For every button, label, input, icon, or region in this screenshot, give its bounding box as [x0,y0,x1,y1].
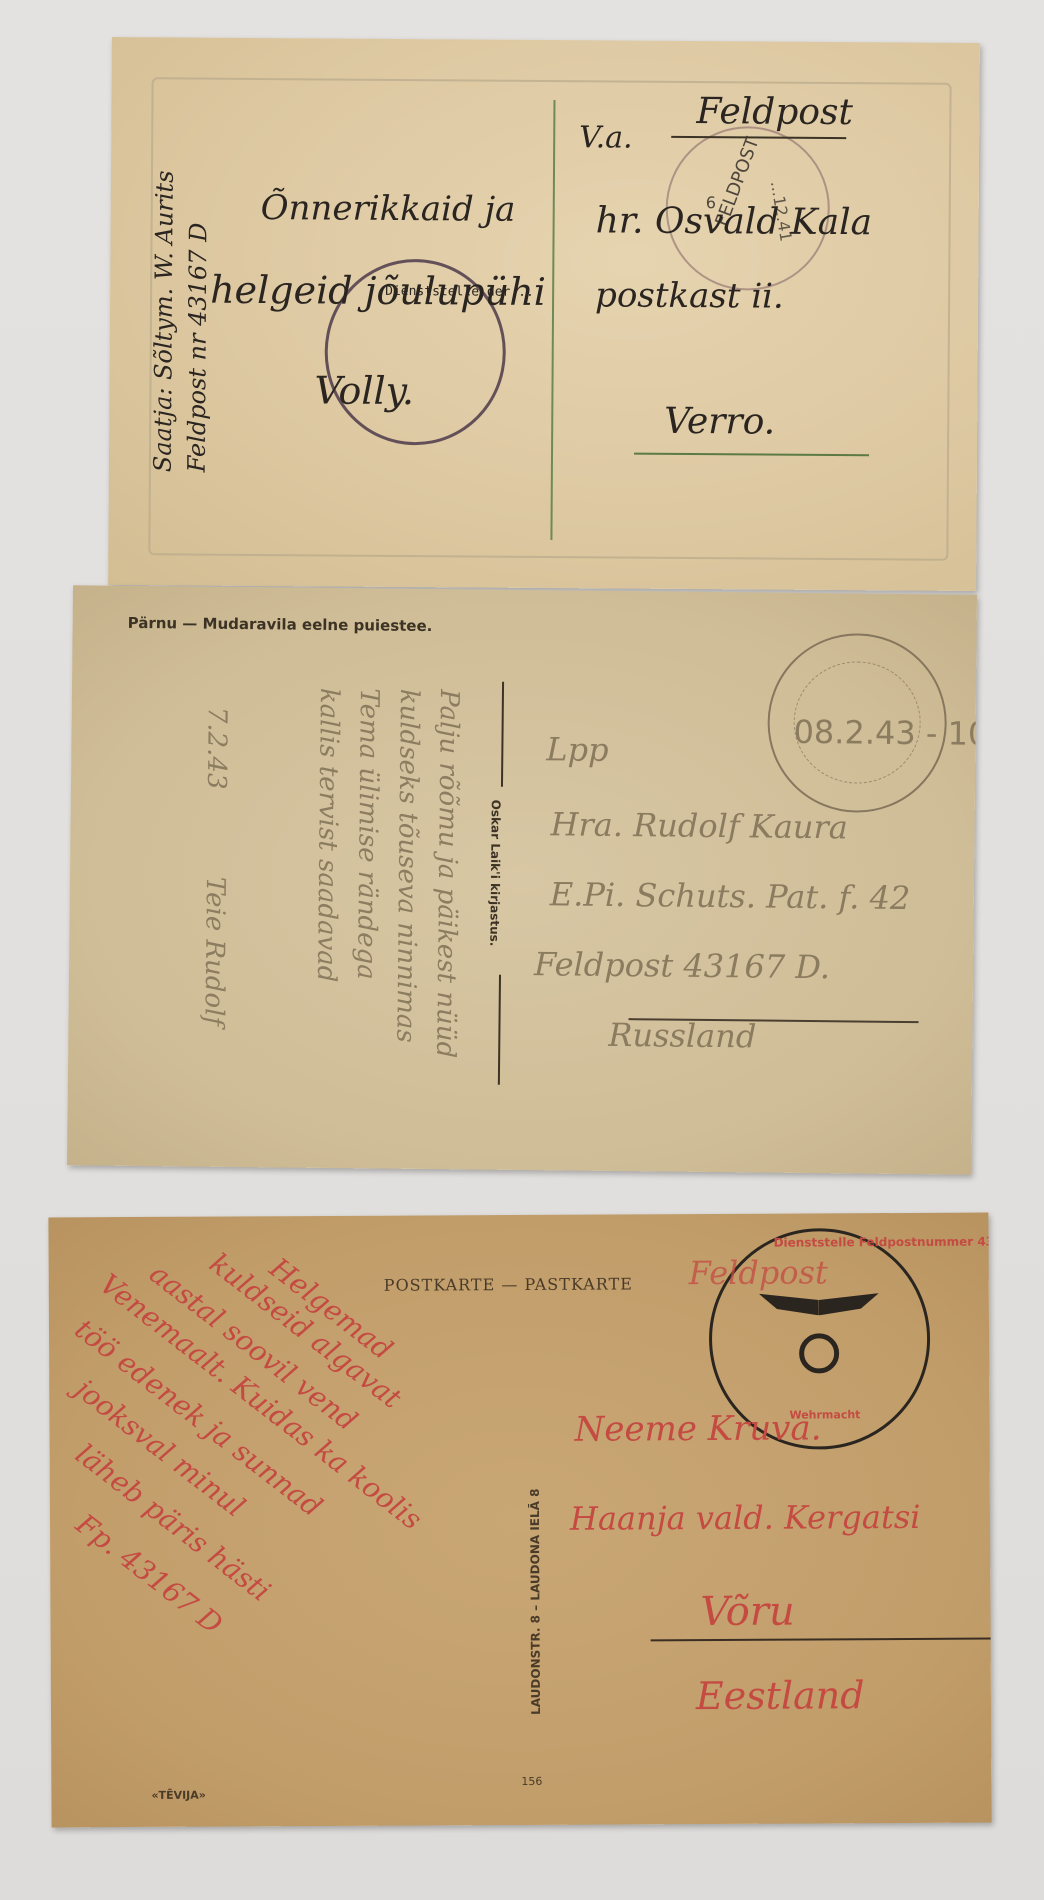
divider-line [498,975,501,1085]
signature: Teie Rudolf [198,877,230,1027]
address-line: Eestland [696,1673,865,1718]
address-line: E.Pi. Schuts. Pat. f. 42 [550,875,911,917]
address-line: Võru [700,1589,794,1635]
divider-line [501,682,504,787]
address-line: Verro. [664,401,775,443]
address-line: V.a. [579,120,633,155]
postcard-3: POSTKARTE — PASTKARTE LAUDONSTR. 8 – LAU… [48,1213,991,1828]
stamp-text: Dienststelle Feldpostnummer 43 167 D [774,1234,992,1249]
sender-line: Saatja: Sõltym. W. Aurits [146,170,182,472]
greeting-line: helgeid jõulupühi [210,268,546,314]
message-line: kallis tervist saadavad [311,688,344,983]
eagle-emblem-icon [759,1293,879,1324]
address-line: Hra. Rudolf Kaura [550,805,848,846]
postkarte-header: POSTKARTE — PASTKARTE [384,1274,633,1294]
address-underline [651,1637,992,1641]
feldpost-header: Feldpost [689,1253,828,1292]
greeting-line: Õnnerikkaid ja [261,188,516,230]
postcard-2: Pärnu — Mudaravila eelne puiestee. Oskar… [67,585,977,1174]
publisher-brand: «TĒVIJA» [151,1789,206,1802]
address-line: postkast ii. [595,275,784,316]
address-line: Russland [608,1016,756,1056]
address-line: Neeme Kruva. [574,1408,821,1449]
signature: Volly. [314,368,414,413]
wreath-emblem-icon [799,1333,839,1373]
address-line: Lpp [546,730,609,769]
postmark-date: 08.2.43 - 10 [793,713,977,753]
sender-line: Feldpost nr 43167 D [180,171,216,473]
address-line: Haanja vald. Kergatsi [570,1498,921,1538]
message-line: Tema ülimise rändega [351,688,384,980]
message-date: 7.2.43 [201,707,232,790]
address-line: Feldpost 43167 D. [534,945,830,986]
message-line: Palju rõõmu ja päikest nüüd [430,689,464,1058]
printer-imprint: LAUDONSTR. 8 – LAUDONA IELĀ 8 [528,1489,543,1715]
printed-caption: Pärnu — Mudaravila eelne puiestee. [128,614,433,635]
message-line: kuldseks tõuseva ninnimas [390,689,424,1043]
feldpost-header: Feldpost [696,91,853,133]
eagle-wing [759,1293,819,1315]
publisher-imprint: Oskar Laik'i kirjastus. [487,800,503,947]
print-number: 156 [521,1775,542,1788]
eagle-wing [819,1293,879,1315]
postcard-1: Saatja: Sõltym. W. Aurits Feldpost nr 43… [108,37,980,591]
address-line: hr. Osvald Kala [596,200,873,243]
sender-vertical: Saatja: Sõltym. W. Aurits Feldpost nr 43… [146,170,216,472]
